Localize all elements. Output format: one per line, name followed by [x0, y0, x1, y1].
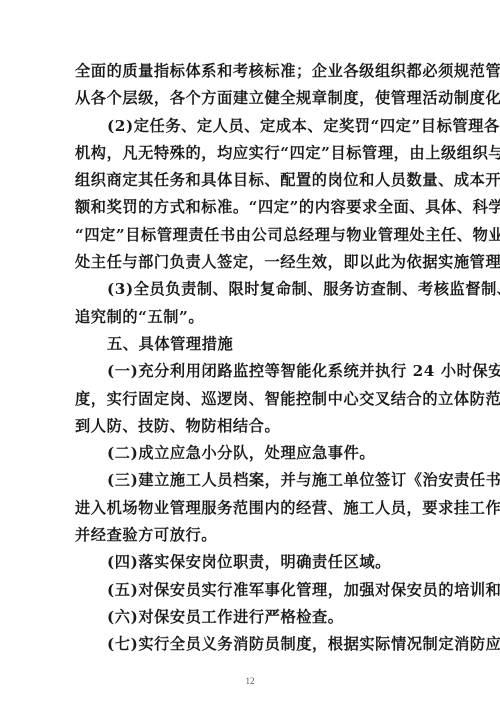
measure-4: (四)落实保安岗位职责，明确责任区域。 — [75, 549, 420, 576]
text-line: 从各个层级，各个方面建立健全规章制度，使管理活动制度化。 — [75, 85, 420, 112]
text-line: “四定”目标管理责任书由公司总经理与物业管理处主任、物业管理 — [75, 222, 420, 249]
text-line: 并经查验方可放行。 — [75, 522, 420, 549]
measure-3-start: (三)建立施工人员档案，并与施工单位签订《治安责任书》对 — [75, 467, 420, 494]
text-line: 度，实行固定岗、巡逻岗、智能控制中心交叉结合的立体防范，做 — [75, 386, 420, 413]
text-line: 机构，凡无特殊的，均应实行“四定”目标管理，由上级组织与下级 — [75, 140, 420, 167]
text-line: 进入机场物业管理服务范围内的经营、施工人员，要求挂工作牌， — [75, 495, 420, 522]
measure-1-start: (一)充分利用闭路监控等智能化系统并执行 24 小时保安巡查制 — [75, 358, 420, 385]
text-line: 追究制的“五制”。 — [75, 304, 420, 331]
section-heading: 五、具体管理措施 — [75, 331, 420, 358]
paragraph-2-start: (2)定任务、定人员、定成本、定奖罚“四定”目标管理各级服务 — [75, 113, 420, 140]
text-line: 组织商定其任务和具体目标、配置的岗位和人员数量、成本开支定 — [75, 167, 420, 194]
text-line: 处主任与部门负责人签定，一经生效，即以此为依据实施管理。 — [75, 249, 420, 276]
measure-7-start: (七)实行全员义务消防员制度，根据实际情况制定消防应急作 — [75, 631, 420, 658]
paragraph-3-start: (3)全员负责制、限时复命制、服务访查制、考核监督制、责任 — [75, 276, 420, 303]
text-line: 全面的质量指标体系和考核标准；企业各级组织都必须规范管理， — [75, 58, 420, 85]
text-line: 额和奖罚的方式和标准。“四定”的内容要求全面、具体、科学合理。 — [75, 194, 420, 221]
page-number: 12 — [0, 676, 500, 686]
measure-5: (五)对保安员实行准军事化管理，加强对保安员的培训和考核。 — [75, 577, 420, 604]
measure-6: (六)对保安员工作进行严格检查。 — [75, 604, 420, 631]
document-body: 全面的质量指标体系和考核标准；企业各级组织都必须规范管理， 从各个层级，各个方面… — [75, 58, 420, 659]
measure-2: (二)成立应急小分队，处理应急事件。 — [75, 440, 420, 467]
text-line: 到人防、技防、物防相结合。 — [75, 413, 420, 440]
